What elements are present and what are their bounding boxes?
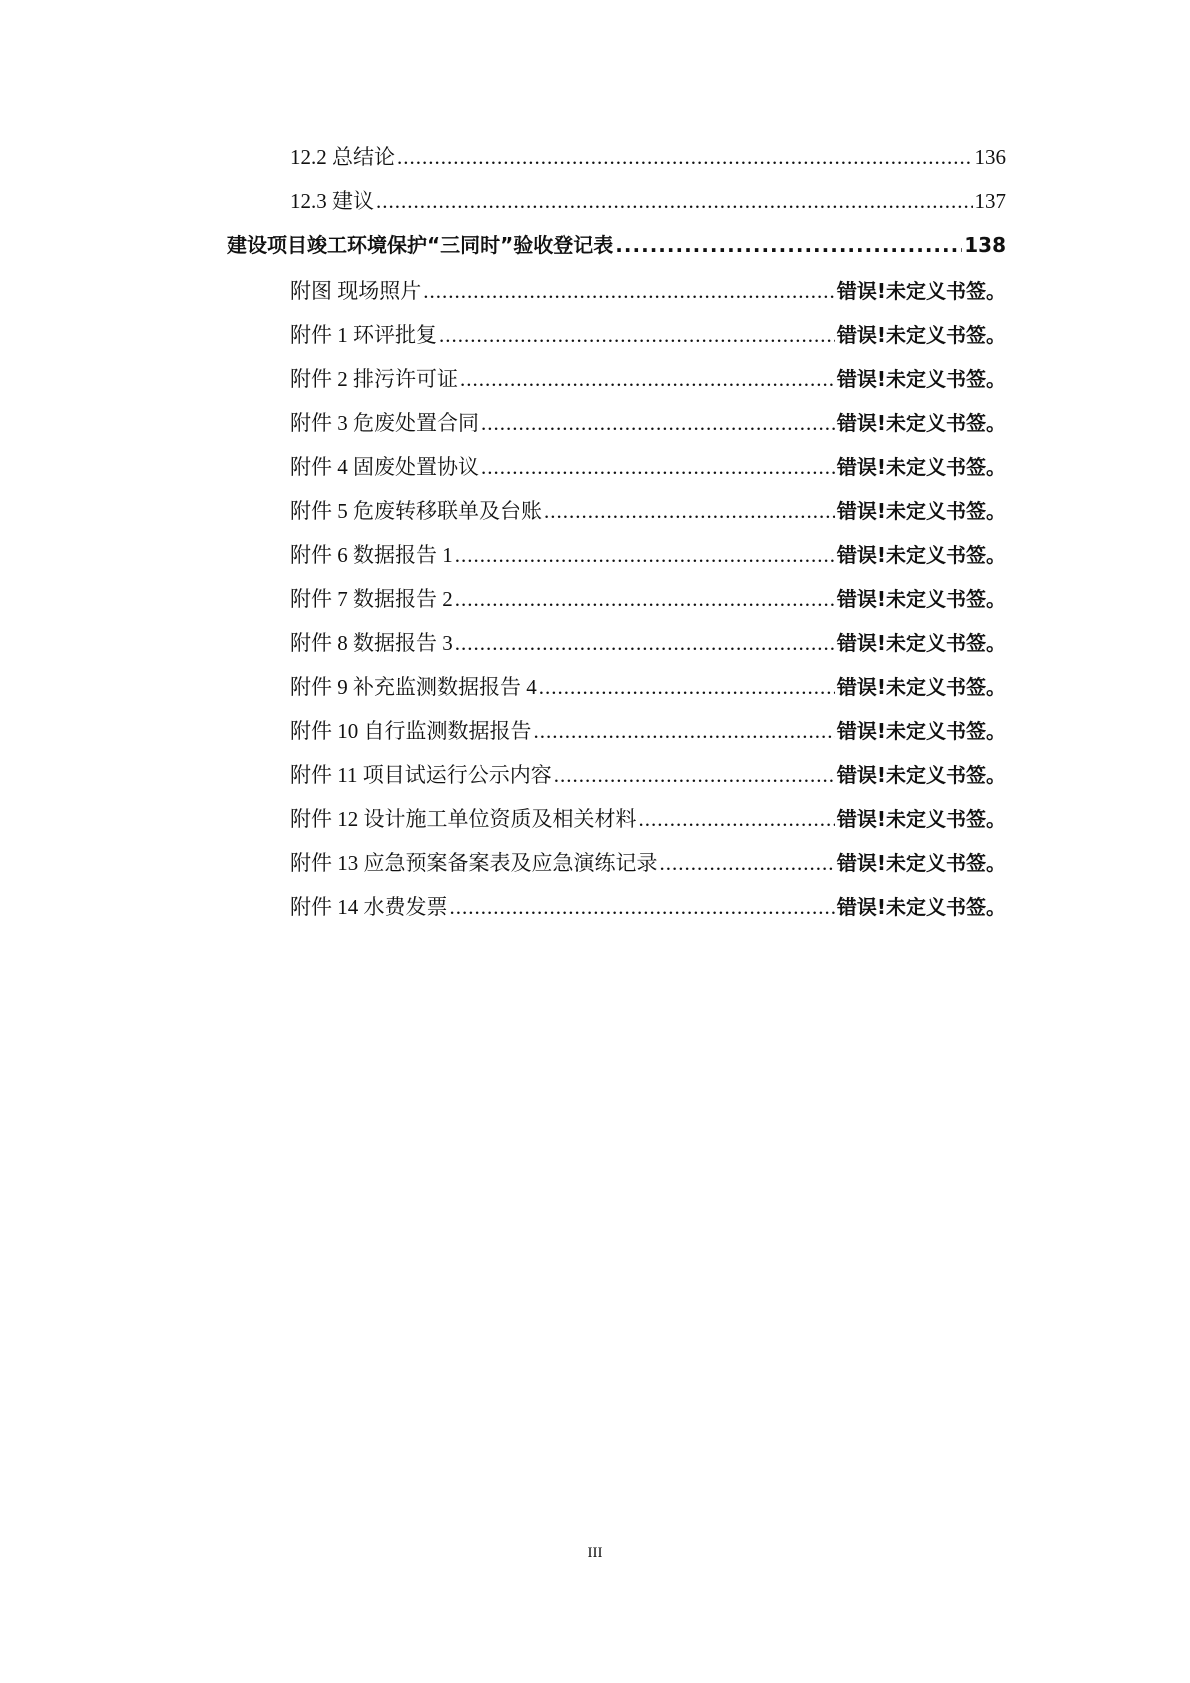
toc-entry-page: 137 [975, 187, 1007, 215]
dot-leader [639, 805, 835, 833]
toc-entry-page: 136 [975, 143, 1007, 171]
toc-entry-page-error: 错误!未定义书签。 [837, 277, 1006, 305]
toc-entry-title: 附件 1 环评批复 [290, 321, 437, 349]
toc-entry-page: 138 [964, 231, 1006, 259]
dot-leader [534, 717, 835, 745]
toc-entry-page-error: 错误!未定义书签。 [837, 365, 1006, 393]
toc-entry-attachment-14[interactable]: 附件 14 水费发票错误!未定义书签。 [290, 893, 1006, 921]
dot-leader [455, 585, 835, 613]
dot-leader [455, 541, 835, 569]
toc-entry-attachment-13[interactable]: 附件 13 应急预案备案表及应急演练记录错误!未定义书签。 [290, 849, 1006, 877]
dot-leader [423, 277, 835, 305]
dot-leader [460, 365, 835, 393]
toc-entry-page-error: 错误!未定义书签。 [837, 409, 1006, 437]
dot-leader [397, 143, 973, 171]
toc-entry-attachment-8[interactable]: 附件 8 数据报告 3错误!未定义书签。 [290, 629, 1006, 657]
toc-entry-appendix-figure[interactable]: 附图 现场照片错误!未定义书签。 [290, 277, 1006, 305]
dot-leader [660, 849, 835, 877]
toc-entry-title: 附件 2 排污许可证 [290, 365, 458, 393]
toc-entry-title: 附件 5 危废转移联单及台账 [290, 497, 542, 525]
toc-entry-title: 附件 14 水费发票 [290, 893, 448, 921]
toc-entry-title: 附件 6 数据报告 1 [290, 541, 453, 569]
toc-entry-title: 附件 3 危废处置合同 [290, 409, 479, 437]
toc-entry-title: 12.3 建议 [290, 187, 374, 215]
page-number: III [0, 1545, 1190, 1562]
toc-entry-attachment-12[interactable]: 附件 12 设计施工单位资质及相关材料错误!未定义书签。 [290, 805, 1006, 833]
toc-entry-title: 附图 现场照片 [290, 277, 421, 305]
toc-entry-page-error: 错误!未定义书签。 [837, 585, 1006, 613]
dot-leader [450, 893, 835, 921]
dot-leader [539, 673, 835, 701]
toc-entry-registration-form[interactable]: 建设项目竣工环境保护“三同时”验收登记表138 [227, 231, 1006, 259]
toc-entry-title: 12.2 总结论 [290, 143, 395, 171]
toc-entry-attachment-4[interactable]: 附件 4 固废处置协议错误!未定义书签。 [290, 453, 1006, 481]
toc-entry-page-error: 错误!未定义书签。 [837, 717, 1006, 745]
dot-leader [615, 231, 962, 259]
toc-entry-attachment-9[interactable]: 附件 9 补充监测数据报告 4错误!未定义书签。 [290, 673, 1006, 701]
toc-entry-attachment-11[interactable]: 附件 11 项目试运行公示内容错误!未定义书签。 [290, 761, 1006, 789]
toc-entry-title: 附件 13 应急预案备案表及应急演练记录 [290, 849, 658, 877]
toc-entry-attachment-3[interactable]: 附件 3 危废处置合同错误!未定义书签。 [290, 409, 1006, 437]
toc-entry-title: 附件 9 补充监测数据报告 4 [290, 673, 537, 701]
dot-leader [481, 409, 835, 437]
toc-entry-attachment-2[interactable]: 附件 2 排污许可证错误!未定义书签。 [290, 365, 1006, 393]
dot-leader [376, 187, 973, 215]
toc-entry-title: 附件 7 数据报告 2 [290, 585, 453, 613]
toc-entry-page-error: 错误!未定义书签。 [837, 321, 1006, 349]
toc-entry-title: 附件 4 固废处置协议 [290, 453, 479, 481]
toc-entry-page-error: 错误!未定义书签。 [837, 541, 1006, 569]
toc-entry-page-error: 错误!未定义书签。 [837, 761, 1006, 789]
toc-entry-attachment-7[interactable]: 附件 7 数据报告 2错误!未定义书签。 [290, 585, 1006, 613]
dot-leader [455, 629, 835, 657]
toc-entry-page-error: 错误!未定义书签。 [837, 893, 1006, 921]
toc-entry-attachment-5[interactable]: 附件 5 危废转移联单及台账错误!未定义书签。 [290, 497, 1006, 525]
toc-entry-12-3[interactable]: 12.3 建议137 [290, 187, 1006, 215]
dot-leader [554, 761, 835, 789]
toc-entry-title: 建设项目竣工环境保护“三同时”验收登记表 [227, 231, 613, 259]
toc-entry-page-error: 错误!未定义书签。 [837, 629, 1006, 657]
toc-entry-page-error: 错误!未定义书签。 [837, 453, 1006, 481]
toc-entry-title: 附件 8 数据报告 3 [290, 629, 453, 657]
toc-entry-page-error: 错误!未定义书签。 [837, 805, 1006, 833]
toc-entry-12-2[interactable]: 12.2 总结论136 [290, 143, 1006, 171]
dot-leader [481, 453, 835, 481]
toc-entry-attachment-10[interactable]: 附件 10 自行监测数据报告错误!未定义书签。 [290, 717, 1006, 745]
dot-leader [544, 497, 835, 525]
toc-entry-page-error: 错误!未定义书签。 [837, 497, 1006, 525]
toc-entry-title: 附件 12 设计施工单位资质及相关材料 [290, 805, 637, 833]
toc-entry-page-error: 错误!未定义书签。 [837, 849, 1006, 877]
toc-entry-title: 附件 10 自行监测数据报告 [290, 717, 532, 745]
toc-entry-page-error: 错误!未定义书签。 [837, 673, 1006, 701]
dot-leader [439, 321, 835, 349]
toc-entry-title: 附件 11 项目试运行公示内容 [290, 761, 552, 789]
toc-entry-attachment-6[interactable]: 附件 6 数据报告 1错误!未定义书签。 [290, 541, 1006, 569]
toc-entry-attachment-1[interactable]: 附件 1 环评批复错误!未定义书签。 [290, 321, 1006, 349]
